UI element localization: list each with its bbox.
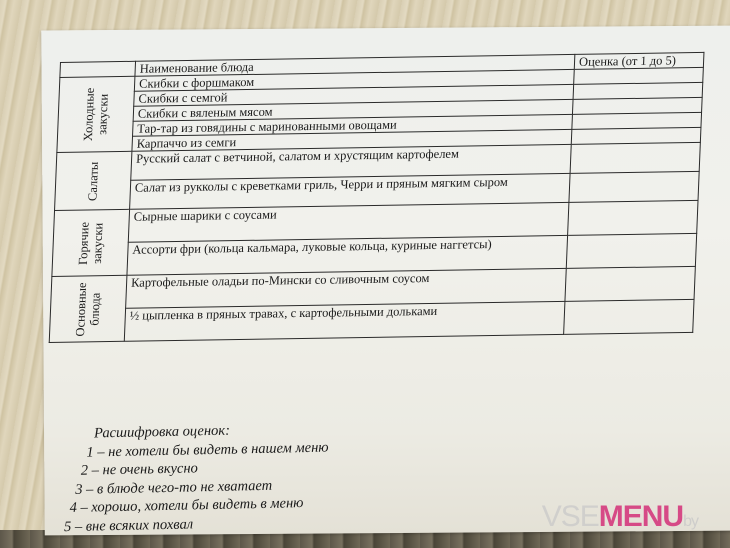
dish-rating-table: Наименование блюда Оценка (от 1 до 5) Хо… [49, 52, 705, 343]
watermark-domain: by [683, 513, 698, 530]
score-cell[interactable] [568, 200, 698, 235]
rating-form: Наименование блюда Оценка (от 1 до 5) Хо… [49, 52, 705, 343]
category-label: закуски [95, 87, 111, 141]
watermark-text: VSE [542, 500, 599, 533]
category-hot-appetizers: Горячие закуски [52, 209, 130, 276]
category-header-cell [60, 61, 136, 77]
watermark-brand: MENU [599, 500, 683, 533]
category-label: Салаты [85, 161, 101, 201]
score-cell[interactable] [565, 266, 695, 301]
watermark-logo: VSEMENUby [542, 500, 698, 534]
score-cell[interactable] [564, 299, 694, 334]
score-cell[interactable] [566, 233, 696, 268]
score-cell[interactable] [570, 142, 700, 173]
category-main-courses: Основные блюда [49, 275, 127, 342]
rating-legend: Расшифровка оценок: 1 – не хотели бы вид… [94, 420, 330, 536]
dish-name: ½ цыпленка в пряных травах, с картофельн… [124, 301, 565, 341]
category-label: Основные [73, 282, 89, 336]
category-salads: Салаты [55, 151, 132, 210]
category-cold-appetizers: Холодные закуски [57, 76, 135, 152]
score-cell[interactable] [569, 171, 699, 202]
category-label: блюда [87, 282, 103, 336]
category-label: закуски [90, 221, 106, 264]
